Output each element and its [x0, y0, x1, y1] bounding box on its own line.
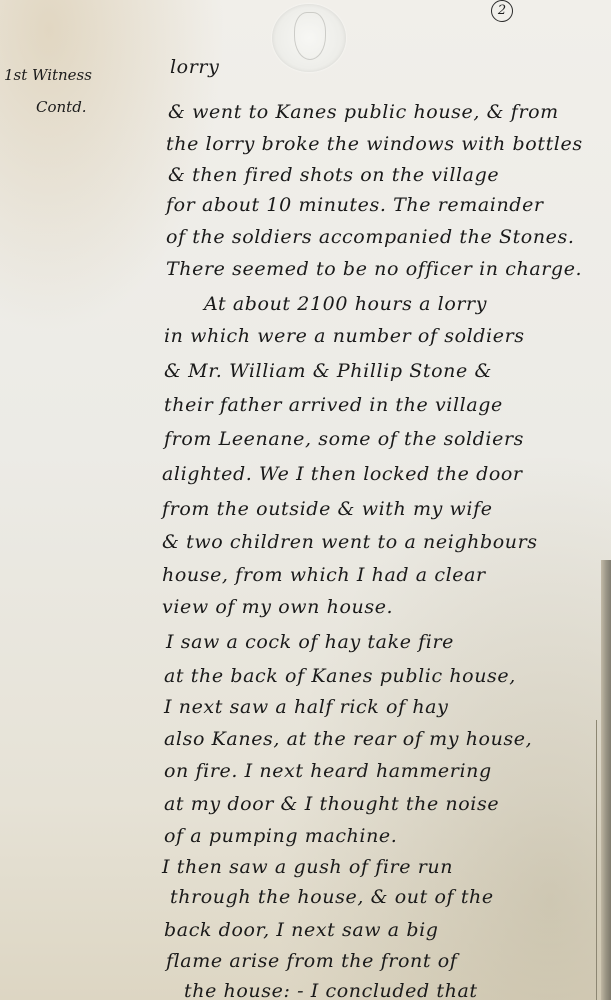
- page-edge-line: [596, 720, 597, 1000]
- text-line: flame arise from the front of: [166, 952, 457, 971]
- crest-icon: [294, 12, 326, 60]
- text-line: in which were a number of soldiers: [164, 327, 525, 346]
- text-line: & went to Kanes public house, & from: [168, 103, 559, 122]
- text-line: & two children went to a neighbours: [162, 533, 538, 552]
- text-line: for about 10 minutes. The remainder: [166, 196, 544, 215]
- text-line: & Mr. William & Phillip Stone &: [164, 362, 492, 381]
- text-line: at my door & I thought the noise: [164, 795, 499, 814]
- text-line: back door, I next saw a big: [164, 921, 439, 940]
- text-line: There seemed to be no officer in charge.: [166, 260, 582, 279]
- page-edge-shadow: [601, 560, 611, 1000]
- text-line: also Kanes, at the rear of my house,: [164, 730, 532, 749]
- text-line: the lorry broke the windows with bottles: [166, 135, 583, 154]
- text-line: their father arrived in the village: [164, 396, 503, 415]
- text-line: through the house, & out of the: [170, 888, 494, 907]
- text-line: & then fired shots on the village: [168, 166, 499, 185]
- text-line: I saw a cock of hay take fire: [166, 633, 454, 652]
- text-line: alighted. We I then locked the door: [162, 465, 523, 484]
- text-line: from Leenane, some of the soldiers: [164, 430, 524, 449]
- text-line: house, from which I had a clear: [162, 566, 486, 585]
- margin-note-contd: Contd.: [36, 100, 87, 115]
- text-line: lorry: [170, 58, 219, 77]
- text-line: of a pumping machine.: [164, 827, 397, 846]
- text-line: the house: - I concluded that: [184, 982, 478, 1000]
- text-line: of the soldiers accompanied the Stones.: [166, 228, 575, 247]
- text-line: on fire. I next heard hammering: [164, 762, 492, 781]
- text-line: I then saw a gush of fire run: [162, 858, 453, 877]
- text-line: At about 2100 hours a lorry: [204, 295, 487, 314]
- text-line: at the back of Kanes public house,: [164, 667, 516, 686]
- margin-note-witness: 1st Witness: [4, 68, 92, 83]
- text-line: from the outside & with my wife: [162, 500, 493, 519]
- text-line: I next saw a half rick of hay: [164, 698, 448, 717]
- page-number: 2: [491, 0, 513, 22]
- manuscript-page: 2 1st Witness Contd. lorry & went to Kan…: [0, 0, 611, 1000]
- embossed-seal-icon: [272, 4, 346, 72]
- text-line: view of my own house.: [162, 598, 393, 617]
